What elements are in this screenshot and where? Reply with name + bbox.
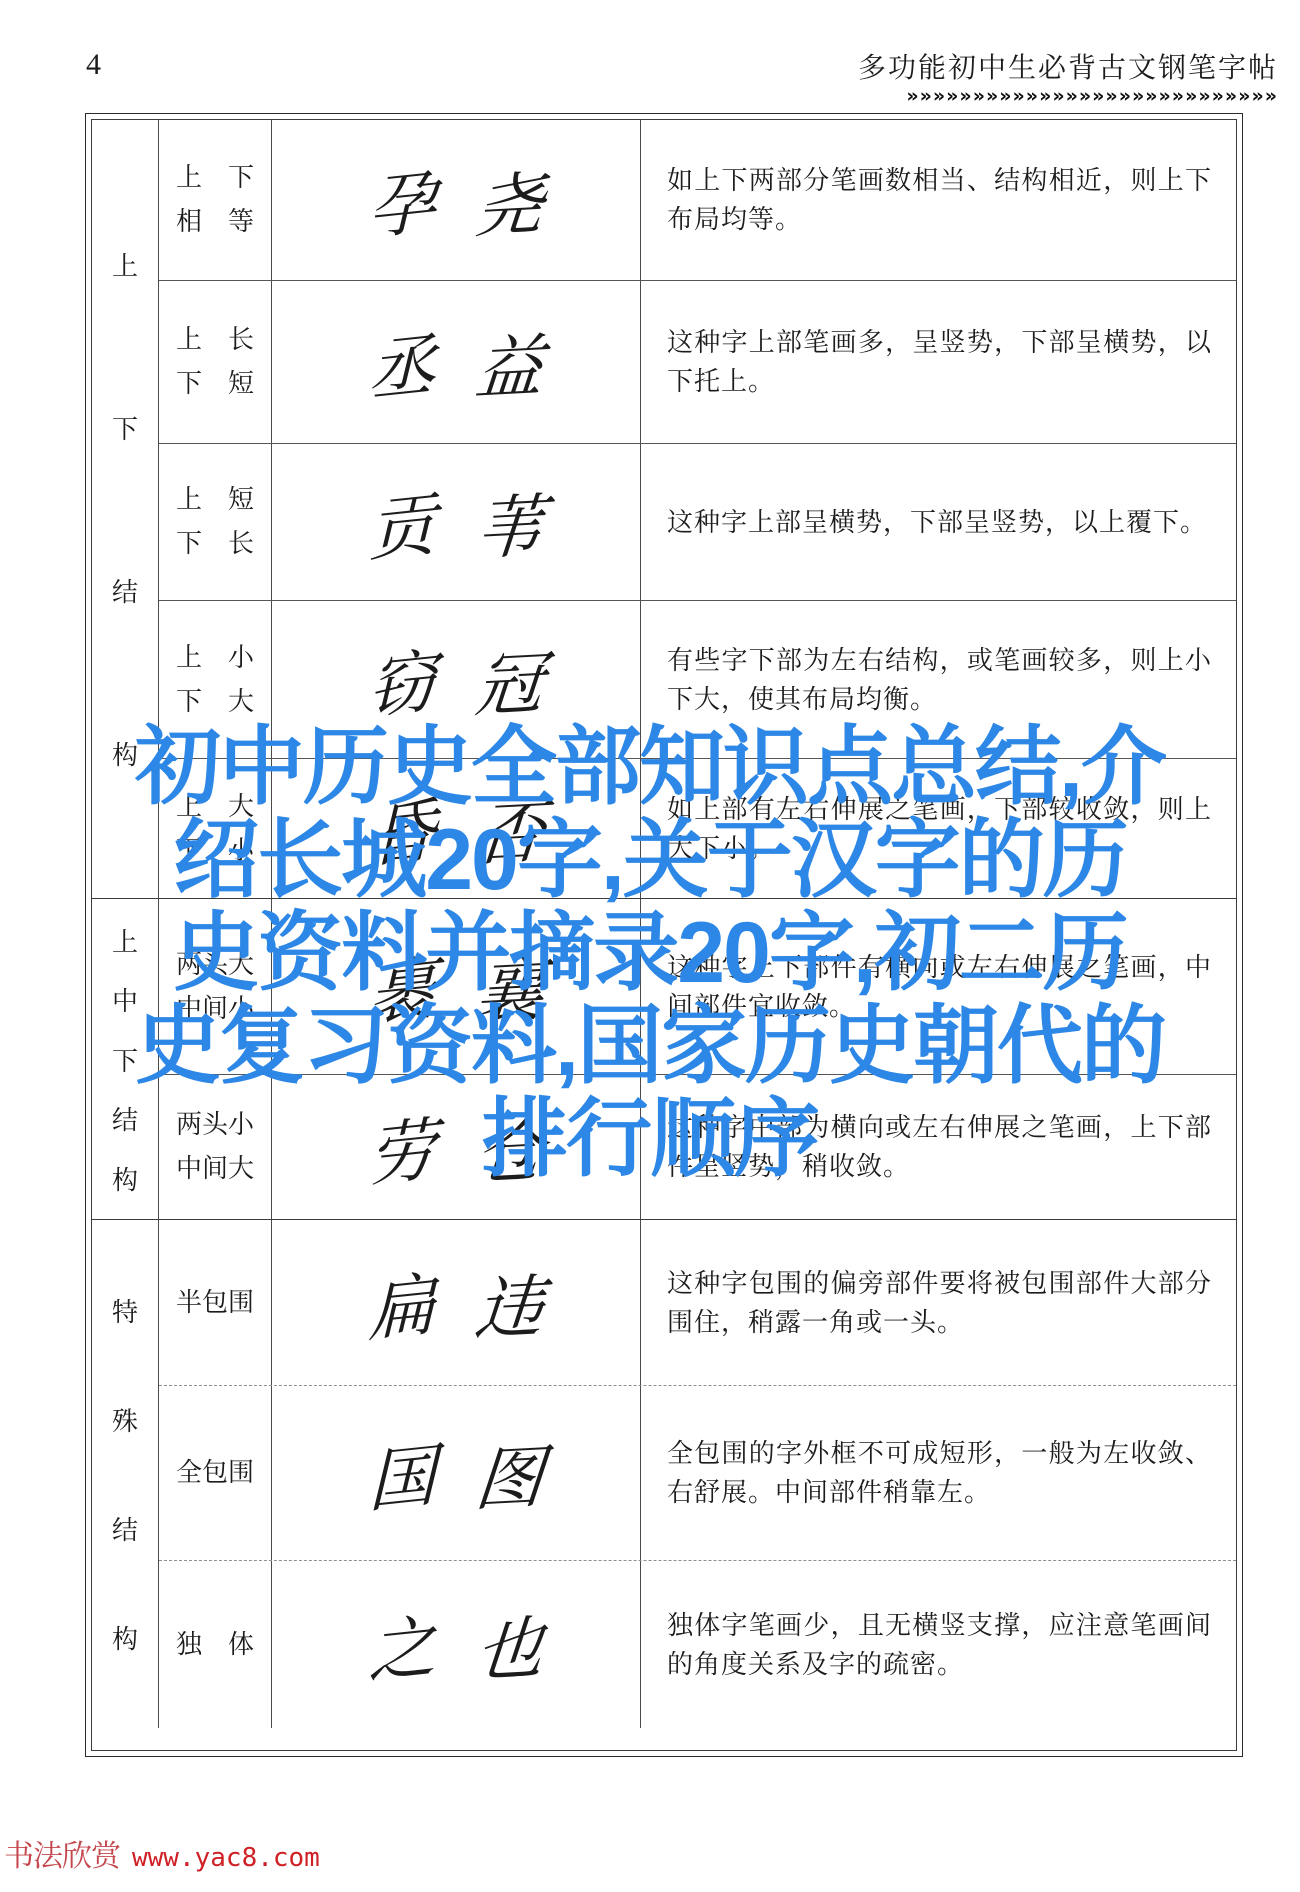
rule-name: 上 短 下 长 — [159, 444, 272, 600]
section-special-structure: 特 殊 结 构 半包围 扁 违 这种字包围的偏旁部件要将被包围部件大部 — [92, 1219, 1236, 1728]
rule-name: 半包围 — [159, 1220, 272, 1385]
rule-name: 全包围 — [159, 1386, 272, 1560]
rule-name: 上 下 相 等 — [159, 120, 272, 280]
table-row: 独 体 之 也 独体字笔画少，且无横竖支撑，应注意笔画间的角度关系及字的疏密。 — [159, 1560, 1236, 1728]
rule-description: 这种字包围的偏旁部件要将被包围部件大部分围住，稍露一角或一头。 — [641, 1220, 1236, 1385]
sample-character: 国 — [368, 1421, 436, 1526]
rule-description: 这种字上部呈横势，下部呈竖势，以上覆下。 — [641, 444, 1236, 600]
sample-character: 苇 — [472, 471, 548, 572]
section-char: 结 — [112, 1510, 138, 1547]
handwritten-samples: 国 图 — [272, 1386, 641, 1560]
sample-character: 益 — [472, 311, 548, 412]
rule-description: 全包围的字外框不可成短形，一般为左收敛、右舒展。中间部件稍靠左。 — [641, 1386, 1236, 1560]
section-char: 结 — [112, 572, 138, 609]
sample-character: 扁 — [368, 1250, 436, 1355]
overlay-line: 史资料并摘录20字,初二历 — [0, 907, 1300, 1000]
sample-character: 之 — [368, 1592, 436, 1697]
rule-description: 这种字上部笔画多，呈竖势，下部呈横势，以下托上。 — [641, 281, 1236, 443]
handwritten-samples: 之 也 — [272, 1561, 641, 1728]
overlay-headline: 初中历史全部知识点总结,介 绍长城20字,关于汉字的历 史资料并摘录20字,初二… — [0, 721, 1300, 1186]
handwritten-samples: 孕 尧 — [272, 120, 641, 280]
section-char: 殊 — [112, 1401, 138, 1438]
copybook-page: 4 多功能初中生必背古文钢笔字帖 »»»»»»»»»»»»»»»»»»»»»»»… — [0, 0, 1300, 1892]
sample-character: 孕 — [368, 148, 436, 253]
handwritten-samples: 贡 苇 — [272, 444, 641, 600]
table-row: 上 短 下 长 贡 苇 这种字上部呈横势，下部呈竖势，以上覆下。 — [159, 443, 1236, 600]
handwritten-samples: 丞 益 — [272, 281, 641, 443]
rule-description: 独体字笔画少，且无横竖支撑，应注意笔画间的角度关系及字的疏密。 — [641, 1561, 1236, 1728]
section-label-vertical: 特 殊 结 构 — [92, 1220, 159, 1728]
sample-character: 尧 — [472, 149, 548, 250]
section-char: 上 — [112, 246, 138, 283]
sample-character: 丞 — [368, 310, 436, 415]
table-row: 上 下 相 等 孕 尧 如上下两部分笔画数相当、结构相近，则上下布局均等。 — [159, 120, 1236, 280]
table-row: 全包围 国 图 全包围的字外框不可成短形，一般为左收敛、右舒展。中间部件稍靠左。 — [159, 1385, 1236, 1560]
section-char: 构 — [112, 1619, 138, 1656]
overlay-line: 史复习资料,国家历史朝代的 — [0, 1000, 1300, 1093]
watermark-url: www.yac8.com — [132, 1843, 320, 1873]
sample-character: 冠 — [472, 629, 548, 730]
sample-character: 窃 — [368, 627, 436, 732]
sample-character: 图 — [472, 1422, 548, 1523]
page-number: 4 — [86, 48, 101, 82]
watermark-site-name: 书法欣赏 — [4, 1840, 120, 1873]
sample-character: 贡 — [368, 470, 436, 575]
book-title: 多功能初中生必背古文钢笔字帖 — [818, 46, 1278, 86]
sample-character: 也 — [472, 1594, 548, 1695]
rule-description: 如上下两部分笔画数相当、结构相近，则上下布局均等。 — [641, 120, 1236, 280]
rule-name: 上 长 下 短 — [159, 281, 272, 443]
table-row: 半包围 扁 违 这种字包围的偏旁部件要将被包围部件大部分围住，稍露一角或一头。 — [159, 1220, 1236, 1385]
sample-character: 违 — [472, 1252, 548, 1353]
handwritten-samples: 扁 违 — [272, 1220, 641, 1385]
overlay-line: 绍长城20字,关于汉字的历 — [0, 814, 1300, 907]
section-char: 下 — [112, 409, 138, 446]
overlay-line: 排行顺序 — [0, 1093, 1300, 1186]
rule-name: 独 体 — [159, 1561, 272, 1728]
section-char: 特 — [112, 1292, 138, 1329]
overlay-line: 初中历史全部知识点总结,介 — [0, 721, 1300, 814]
chevron-divider-icon: »»»»»»»»»»»»»»»»»»»»»»»»»»»» — [818, 88, 1278, 104]
watermark: 书法欣赏www.yac8.com — [4, 1831, 320, 1875]
table-row: 上 长 下 短 丞 益 这种字上部笔画多，呈竖势，下部呈横势，以下托上。 — [159, 280, 1236, 443]
page-header: 多功能初中生必背古文钢笔字帖 »»»»»»»»»»»»»»»»»»»»»»»»»… — [818, 46, 1278, 104]
